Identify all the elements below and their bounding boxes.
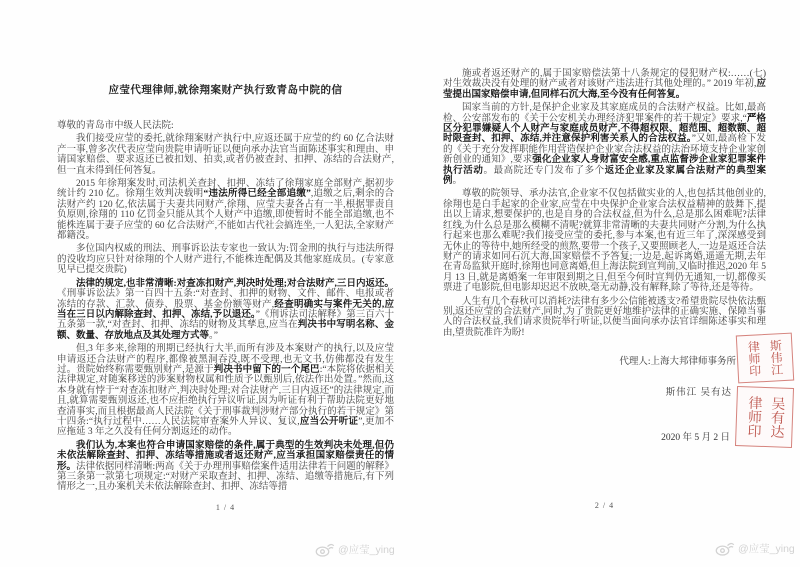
paragraph: 我们接受应莹的委托,就徐翔案财产执行中,应返还属于应莹的约 60 亿合法财产一事… [57, 134, 394, 176]
watermark-handle: @应莹_ying [338, 542, 395, 557]
seal2-suffix-column: 律师印 [745, 395, 760, 437]
paragraph: 我们认为,本案也符合申请国家赔偿的条件,属于典型的生效判决未处理,但仍未依法解除… [57, 441, 394, 493]
letter-page-1: 应莹代理律师,就徐翔案财产执行致青岛中院的信 尊敬的青岛市中级人民法院:我们接受… [57, 82, 394, 493]
signature-date: 2020 年 5 月 2 日 [443, 429, 766, 443]
paragraph: 施或者返还财产的,属于国家赔偿法第十八条规定的侵犯财产权:……(七)对生效裁决没… [443, 69, 766, 100]
page2-body: 施或者返还财产的,属于国家赔偿法第十八条规定的侵犯财产权:……(七)对生效裁决没… [443, 69, 766, 338]
signature-lawyers: 斯伟江 吴有达 [443, 384, 766, 398]
paragraph: 2015 年徐翔案发时,司法机关查封、扣押、冻结了徐翔家庭全部财产,据初步统计约… [57, 179, 394, 241]
signature-firm: 代理人:上海大邦律师事务所 [443, 353, 766, 367]
signature-block: 代理人:上海大邦律师事务所 斯伟江 吴有达 2020 年 5 月 2 日 [443, 353, 766, 443]
paragraph: 尊敬的院领导、承办法官,企业家不仅包括做实业的人,也包括其他创业的,徐翔也是白手… [443, 189, 766, 293]
watermark-left: @应莹_ying [315, 542, 395, 557]
paragraph: 但,3 年多来,徐翔的刑期已经执行大半,而所有涉及本案财产的执行,以及应莹申请返… [57, 344, 394, 438]
paragraph: 多位国内权威的刑法、刑事诉讼法专家也一致认为:罚金刑的执行与违法所得的没收均应只… [57, 244, 394, 275]
paragraph: 尊敬的青岛市中级人民法院: [57, 121, 394, 131]
seal1-suffix-column: 律师印 [747, 340, 761, 377]
page1-page-number: 1 / 4 [57, 503, 394, 512]
document-photo: 应莹代理律师,就徐翔案财产执行致青岛中院的信 尊敬的青岛市中级人民法院:我们接受… [0, 0, 800, 567]
paragraph: 法律的规定,也非常清晰:对查冻扣财产,判决时处理;对合法财产,三日内返还。《刑事… [57, 279, 394, 341]
letter-page-2: 施或者返还财产的,属于国家赔偿法第十八条规定的侵犯财产权:……(七)对生效裁决没… [443, 69, 766, 338]
letter-title: 应莹代理律师,就徐翔案财产执行致青岛中院的信 [57, 82, 394, 97]
seal2-name-column: 吴有达 [768, 396, 783, 438]
weibo-icon [315, 542, 335, 557]
watermark-handle: @应莹_ying [738, 541, 795, 556]
watermark-right: @应莹_ying [715, 541, 795, 556]
page1-body: 尊敬的青岛市中级人民法院:我们接受应莹的委托,就徐翔案财产执行中,应返还属于应莹… [57, 121, 394, 493]
lawyer-seal-2: 吴有达 律师印 [735, 386, 794, 448]
paragraph: 国家当前的方针,是保护企业家及其家庭成员的合法财产权益。比如,最高检、公安部发布… [443, 103, 766, 186]
seal1-name-column: 斯伟江 [769, 339, 783, 376]
paragraph: 人生有几个春秋可以消耗?法律有多少公信能被透支?希望贵院尽快依法甄别,返还应莹的… [443, 297, 766, 339]
page2-page-number: 2 / 4 [443, 501, 766, 510]
weibo-icon [715, 541, 735, 556]
lawyer-seal-1: 斯伟江 律师印 [736, 333, 794, 384]
